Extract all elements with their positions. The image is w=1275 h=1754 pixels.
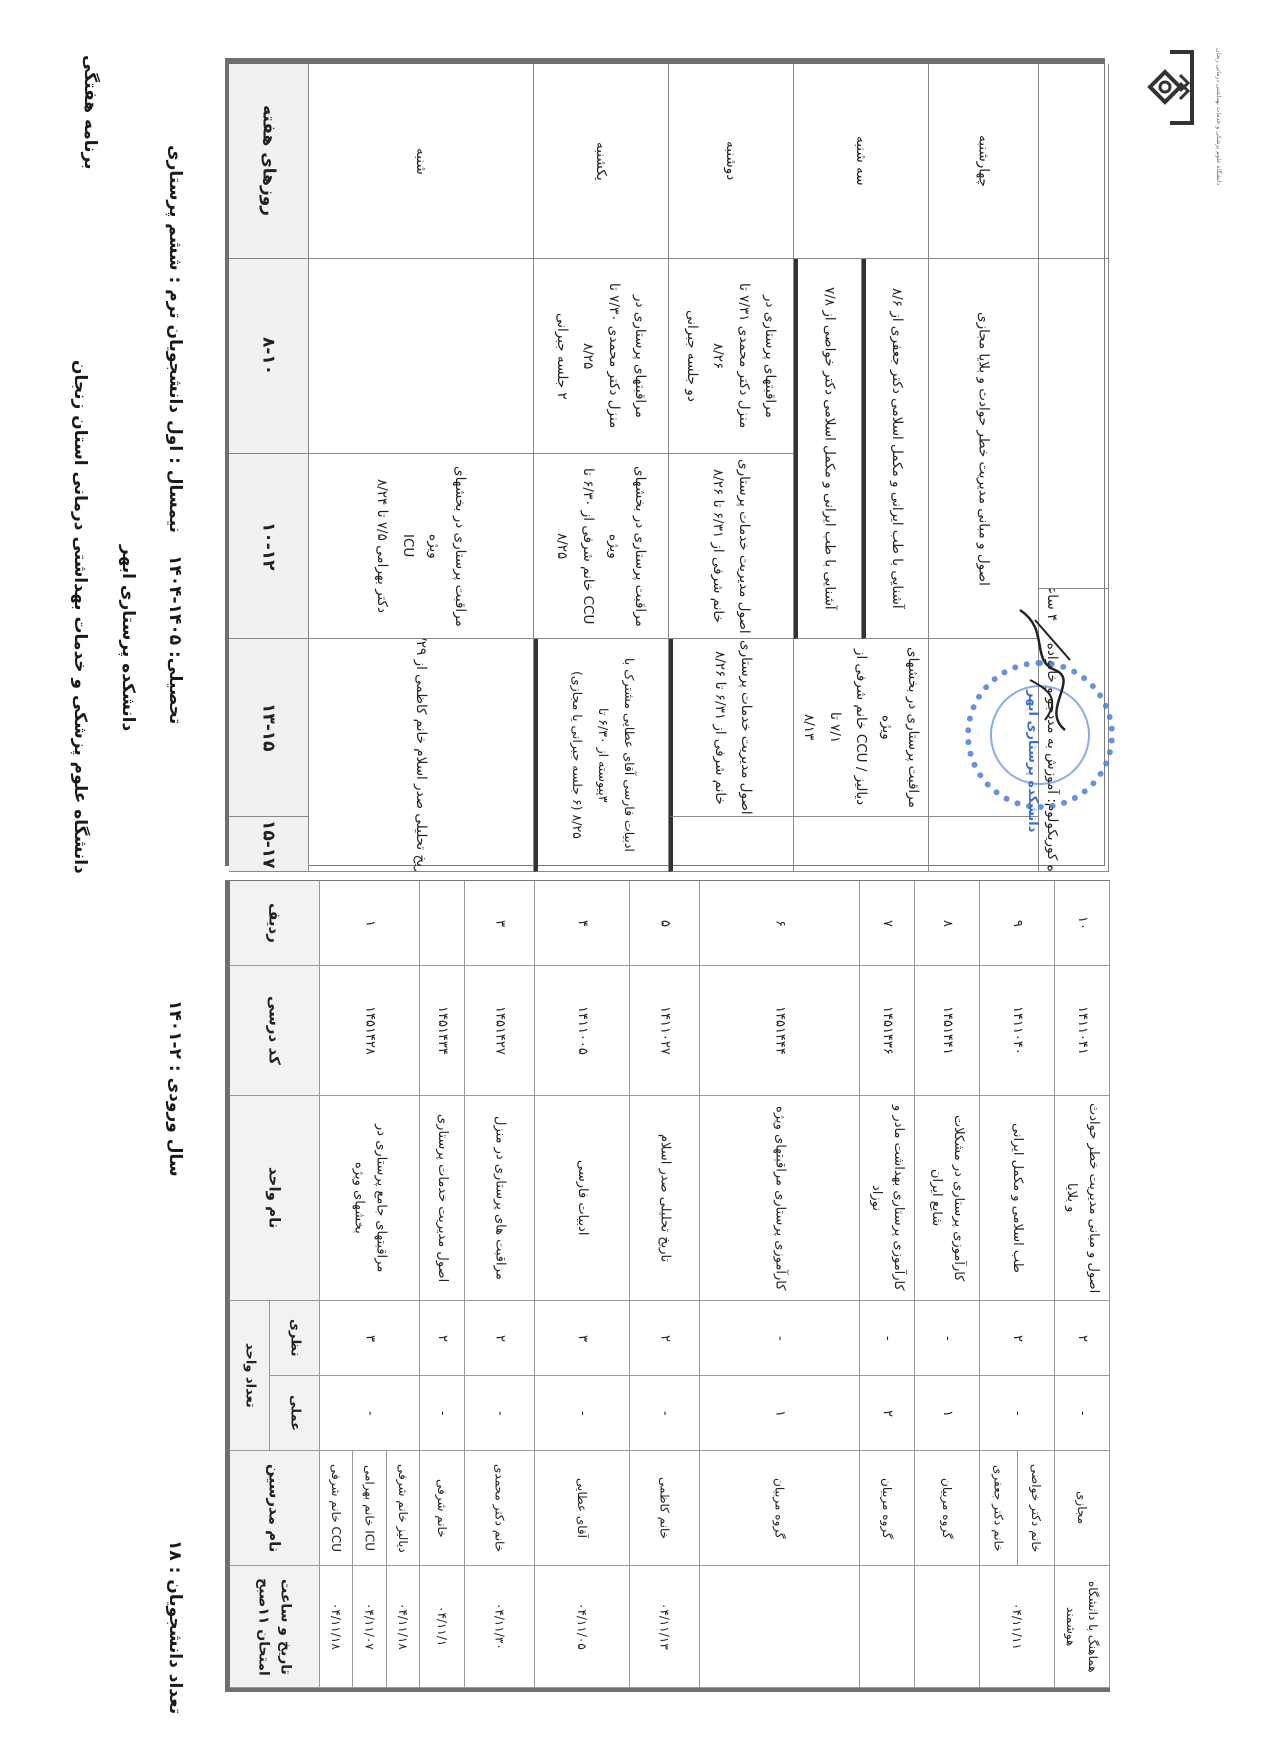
course-name-text: طب اسلامی و مکمل ایرانی (1006, 1123, 1028, 1273)
course-practical-units: ۲ (860, 1376, 915, 1451)
course-code: ۱۴۱۱۰۲۷ (630, 966, 700, 1096)
course-theory-units-text: ۲ (1006, 1335, 1028, 1342)
course-row-number-text: ۹ (1006, 920, 1028, 927)
course-instructor: آقای عطایی (535, 1451, 630, 1566)
course-exam-date-text: ۰۴/۱۱/۱۱ (1006, 1603, 1028, 1650)
course-name: اصول مدیریت خدمات پرستاری (420, 1096, 465, 1301)
course-theory-units-text: ۲ (489, 1335, 511, 1342)
course-code-text: ۱۴۵۱۴۲۷ (489, 1006, 511, 1055)
course-exam-date (915, 1566, 980, 1688)
course-row-number: ۹ (980, 881, 1055, 966)
course-exam-date-text: ۰۴/۱۱/۱۸ (325, 1603, 347, 1650)
course-instructor-text: خانم دکتر محمدی (489, 1464, 511, 1552)
course-practical-units-text: - (489, 1411, 511, 1416)
course-theory-units: ۲ (465, 1301, 535, 1376)
header-course-name: نام واحد (230, 1096, 320, 1301)
course-name: مراقبت های پرستاری در منزل (465, 1096, 535, 1301)
header-instructors: نام مدرسین (230, 1451, 320, 1566)
days-header: روزهای هفته (229, 64, 309, 259)
sun-10-12: مراقبت پرستاری در بخشهای ویژه CCU خانم ش… (534, 454, 669, 639)
course-instructor: دیالیز خانم شرفی (387, 1451, 420, 1566)
course-exam-date: ۰۴/۱۱/۱۱ (980, 1566, 1055, 1688)
university-logo-icon (1140, 45, 1210, 130)
course-instructor: CCU خانم شرفی (320, 1451, 353, 1566)
course-instructor: مجازی (1055, 1451, 1110, 1566)
course-name: طب اسلامی و مکمل ایرانی (980, 1096, 1055, 1301)
course-instructor: خانم کاظمی (630, 1451, 700, 1566)
course-theory-units-text: - (936, 1336, 958, 1341)
course-code: ۱۴۵۱۴۳۶ (860, 966, 915, 1096)
course-instructor-text: خانم دکتر خواصی (1025, 1464, 1047, 1552)
course-row-number: ۱۰ (1055, 881, 1110, 966)
course-exam-date: ۰۴/۱۱/۰۷ (353, 1566, 386, 1688)
course-row-number-text: ۱ (359, 920, 381, 927)
course-exam-date: ۰۴/۱۱/۱۸ (320, 1566, 353, 1688)
course-instructor-text: دیالیز خانم شرفی (392, 1464, 414, 1553)
tue-8-12-b: آشنایی با طب ایرانی و مکمل اسلامی دکتر ج… (862, 259, 929, 639)
course-instructor: گروه مربیان (915, 1451, 980, 1566)
sat-10-12: مراقبت پرستاری در بخشهای ویژه ICU دکتر ب… (309, 454, 534, 639)
course-code: ۱۴۱۱۰۰۵ (535, 966, 630, 1096)
header-course-code: کد درسی (230, 966, 320, 1096)
course-row-number-text: ۵ (654, 920, 676, 927)
course-row-number: ۷ (860, 881, 915, 966)
course-theory-units: ۲ (1055, 1301, 1110, 1376)
course-practical-units-text: - (431, 1411, 453, 1416)
course-practical-units: - (420, 1376, 465, 1451)
signature-icon (1010, 600, 1080, 740)
course-code: ۱۴۵۱۴۲۸ (320, 966, 420, 1096)
course-name-text: اصول و مبانی مدیریت خطر حوادث و بلایا (1060, 1101, 1104, 1296)
course-row-number-text: ۱۰ (1071, 916, 1093, 930)
course-instructor-text: گروه مربیان (876, 1478, 898, 1539)
entry-year: سال ورودی : ۲-۱۴۰۱ (165, 1000, 185, 1177)
course-theory-units: ۲ (420, 1301, 465, 1376)
course-instructor: خانم دکتر خواصی (1018, 1451, 1056, 1566)
student-count: تعداد دانشجویان : ۱۸ (165, 1540, 185, 1714)
course-theory-units-text: ۳ (359, 1335, 381, 1342)
course-theory-units-text: ۲ (1071, 1335, 1093, 1342)
course-practical-units: ۱ (700, 1376, 860, 1451)
sat-8-10 (309, 259, 534, 454)
mon-10-12: اصول مدیریت خدمات پرستاری خانم شرفی از ۶… (669, 454, 794, 639)
course-code: ۱۴۱۱۰۴۱ (1055, 966, 1110, 1096)
sun-13-17: ادبیات فارسی آقای عطایی مشترک با ۳پیوسته… (534, 639, 669, 872)
course-row-number: ۱ (320, 881, 420, 966)
course-practical-units: - (320, 1376, 420, 1451)
mon-15-17 (669, 817, 794, 872)
course-name-text: کارآموزی پرستاری در مشکلات شایع ایران (925, 1101, 969, 1296)
day-extra (1039, 64, 1109, 259)
course-practical-units: - (630, 1376, 700, 1451)
course-theory-units: ۲ (630, 1301, 700, 1376)
course-row-number: ۳ (465, 881, 535, 966)
course-instructor: گروه مربیان (700, 1451, 860, 1566)
course-theory-units-text: - (769, 1336, 791, 1341)
course-row-number: ۸ (915, 881, 980, 966)
header-units: تعداد واحد (230, 1301, 270, 1451)
mon-8-10: مراقبتهای پرستاری در منزل دکتر محمدی ۷/۳… (669, 259, 794, 454)
course-instructor: گروه مربیان (860, 1451, 915, 1566)
sat-13-17: تاریخ تحلیلی صدر اسلام خانم کاظمی از ۶/۲… (309, 639, 534, 872)
course-name-text: ادبیات فارسی (571, 1160, 593, 1235)
course-code-text: ۱۴۵۱۴۳۴ (431, 1006, 453, 1055)
course-practical-units-text: ۲ (876, 1410, 898, 1417)
course-code-text: ۱۴۱۱۰۰۵ (571, 1006, 593, 1055)
course-row-number: ۵ (630, 881, 700, 966)
course-code: ۱۴۵۱۴۴۱ (915, 966, 980, 1096)
course-exam-date: ۰۴/۱۱/۰۵ (535, 1566, 630, 1688)
course-row-number-text: ۳ (489, 920, 511, 927)
course-name: مراقبتهای جامع پرستاری در بخشهای ویژه (320, 1096, 420, 1301)
course-instructor: ICU خانم بهرامی (353, 1451, 386, 1566)
course-name: ادبیات فارسی (535, 1096, 630, 1301)
course-theory-units-text: ۳ (571, 1335, 593, 1342)
course-practical-units-text: - (359, 1411, 381, 1416)
course-theory-units-text: ۲ (654, 1335, 676, 1342)
faculty-title: دانشکده پرستاری ابهر (118, 545, 138, 731)
course-name-text: اصول مدیریت خدمات پرستاری (431, 1114, 453, 1282)
course-theory-units: - (700, 1301, 860, 1376)
course-exam-date-text: هماهنگ با دانشگاه هوشمند (1060, 1569, 1104, 1684)
course-row-number (420, 881, 465, 966)
course-name-text: کارآموزی پرستاری بهداشت مادر و نوزاد (865, 1101, 909, 1296)
course-code-text: ۱۴۱۱۰۴۰ (1006, 1006, 1028, 1055)
course-exam-date: ۰۴/۱۱/۳۰ (465, 1566, 535, 1688)
weekly-program-title: برنامه هفتگی (80, 55, 100, 170)
course-row-number: ۴ (535, 881, 630, 966)
course-exam-date-text: ۰۴/۱۱/۱ (431, 1606, 453, 1646)
course-row-number-text: ۴ (571, 920, 593, 927)
day-sunday: یکشنبه (534, 64, 669, 259)
course-code-text: ۱۴۵۱۴۲۸ (359, 1006, 381, 1055)
course-code: ۱۴۵۱۴۴۴ (700, 966, 860, 1096)
course-name: کارآموزی پرستاری در مشکلات شایع ایران (915, 1096, 980, 1301)
slot-13-15: ۱۳-۱۵ (229, 639, 309, 817)
course-instructor: خانم دکتر جعفری (980, 1451, 1018, 1566)
header-practical: عملی (270, 1376, 320, 1451)
wed-8-12: اصول و مبانی مدیریت خطر حوادث و بلایا مج… (929, 259, 1039, 639)
course-theory-units: ۳ (320, 1301, 420, 1376)
course-exam-date-text: ۰۴/۱۱/۰۵ (571, 1603, 593, 1650)
course-exam-date: هماهنگ با دانشگاه هوشمند (1055, 1566, 1110, 1688)
course-code-text: ۱۴۱۱۰۴۱ (1071, 1006, 1093, 1055)
course-exam-date-text: ۰۴/۱۱/۱۸ (392, 1603, 414, 1650)
course-row-number: ۶ (700, 881, 860, 966)
tue-8-12-a: آشنایی با طب ایرانی و مکمل اسلامی دکتر خ… (794, 259, 862, 639)
course-theory-units: - (860, 1301, 915, 1376)
course-practical-units-text: - (654, 1411, 676, 1416)
tue-15-17 (794, 817, 929, 872)
semester: نیمسال : اول (165, 420, 185, 533)
day-tuesday: سه شنبه (794, 64, 929, 259)
logo-caption: دانشگاه علوم پزشکی و خدمات بهداشتی درمان… (1215, 48, 1222, 185)
course-instructor-text: CCU خانم شرفی (325, 1464, 347, 1552)
course-row-number-text: ۸ (936, 920, 958, 927)
course-exam-date (700, 1566, 860, 1688)
wed-15-17 (929, 817, 1039, 872)
course-name: کارآموزی پرستاری مراقبتهای ویژه (700, 1096, 860, 1301)
course-name: اصول و مبانی مدیریت خطر حوادث و بلایا (1055, 1096, 1110, 1301)
course-exam-date: ۰۴/۱۱/۱ (420, 1566, 465, 1688)
course-instructor-text: گروه مربیان (769, 1478, 791, 1539)
course-practical-units-text: - (1006, 1411, 1028, 1416)
course-code-text: ۱۴۵۱۴۴۴ (769, 1006, 791, 1055)
course-code-text: ۱۴۵۱۴۴۱ (936, 1006, 958, 1055)
course-exam-date-text: ۰۴/۱۱/۱۳ (654, 1603, 676, 1650)
course-theory-units-text: ۲ (431, 1335, 453, 1342)
course-practical-units-text: ۱ (769, 1410, 791, 1417)
course-name-text: مراقبتهای جامع پرستاری در بخشهای ویژه (348, 1101, 392, 1296)
course-instructor-text: ICU خانم بهرامی (358, 1465, 380, 1551)
slot-10-12: ۱۰-۱۲ (229, 454, 309, 639)
course-code-text: ۱۴۱۱۰۲۷ (654, 1006, 676, 1055)
course-instructor: خانم شرفی (420, 1451, 465, 1566)
course-code: ۱۴۵۱۴۲۷ (465, 966, 535, 1096)
academic-year: تحصیلی: ۱۴۰۵-۱۴۰۴ (165, 555, 185, 724)
course-instructor-text: خانم کاظمی (654, 1477, 676, 1539)
students-term: دانشجویان ترم : ششم پرستاری (165, 145, 185, 413)
tue-13-15: مراقبت پرستاری در بخشهای ویژه دیالیز / C… (794, 639, 929, 817)
day-saturday: شنبه (309, 64, 534, 259)
course-name-text: مراقبت های پرستاری در منزل (489, 1116, 511, 1280)
day-wednesday: چهارشنبه (929, 64, 1039, 259)
course-practical-units-text: ۱ (936, 1410, 958, 1417)
sun-8-10: مراقبتهای پرستاری در منزل دکتر محمدی ۷/۳… (534, 259, 669, 454)
course-code-text: ۱۴۵۱۴۳۶ (876, 1006, 898, 1055)
course-theory-units: - (915, 1301, 980, 1376)
course-practical-units: - (535, 1376, 630, 1451)
course-theory-units: ۲ (980, 1301, 1055, 1376)
extra-8-12 (1039, 259, 1109, 589)
mon-13-15: اصول مدیریت خدمات پرستاری خانم شرفی از ۶… (669, 639, 794, 817)
course-instructor-text: آقای عطایی (571, 1478, 593, 1538)
course-practical-units-text: - (1071, 1411, 1093, 1416)
course-practical-units: - (1055, 1376, 1110, 1451)
course-code: ۱۴۱۱۰۴۰ (980, 966, 1055, 1096)
day-monday: دوشنبه (669, 64, 794, 259)
course-instructor-text: گروه مربیان (936, 1478, 958, 1539)
header-theory: نظری (270, 1301, 320, 1376)
course-practical-units-text: - (571, 1411, 593, 1416)
course-practical-units: - (980, 1376, 1055, 1451)
course-instructor: خانم دکتر محمدی (465, 1451, 535, 1566)
course-theory-units-text: - (876, 1336, 898, 1341)
course-code: ۱۴۵۱۴۳۴ (420, 966, 465, 1096)
course-instructor-text: خانم دکتر جعفری (987, 1465, 1009, 1552)
course-instructor-text: خانم شرفی (431, 1479, 453, 1538)
course-practical-units: - (465, 1376, 535, 1451)
course-name: تاریخ تحلیلی صدر اسلام (630, 1096, 700, 1301)
course-exam-date-text: ۰۴/۱۱/۰۷ (358, 1603, 380, 1650)
course-instructor-text: مجازی (1071, 1491, 1093, 1524)
university-title: دانشگاه علوم پزشکی و خدمات بهداشتی درمان… (70, 360, 90, 874)
course-exam-date (860, 1566, 915, 1688)
course-exam-date-text: ۰۴/۱۱/۳۰ (489, 1603, 511, 1650)
course-name-text: تاریخ تحلیلی صدر اسلام (654, 1134, 676, 1262)
course-theory-units: ۳ (535, 1301, 630, 1376)
course-name: کارآموزی پرستاری بهداشت مادر و نوزاد (860, 1096, 915, 1301)
course-practical-units: ۱ (915, 1376, 980, 1451)
header-row-number: ردیف (230, 881, 320, 966)
course-row-number-text: ۶ (769, 920, 791, 927)
course-exam-date: ۰۴/۱۱/۱۳ (630, 1566, 700, 1688)
course-row-number-text: ۷ (876, 920, 898, 927)
slot-8-10: ۸-۱۰ (229, 259, 309, 454)
header-exam: تاریخ و ساعت امتحان ۱۱صبح (230, 1566, 320, 1688)
course-exam-date: ۰۴/۱۱/۱۸ (387, 1566, 420, 1688)
course-name-text: کارآموزی پرستاری مراقبتهای ویژه (769, 1106, 791, 1290)
course-table: ردیف کد درسی نام واحد تعداد واحد نظری عم… (225, 880, 1110, 1692)
slot-15-17: ۱۵-۱۷ (229, 817, 309, 872)
